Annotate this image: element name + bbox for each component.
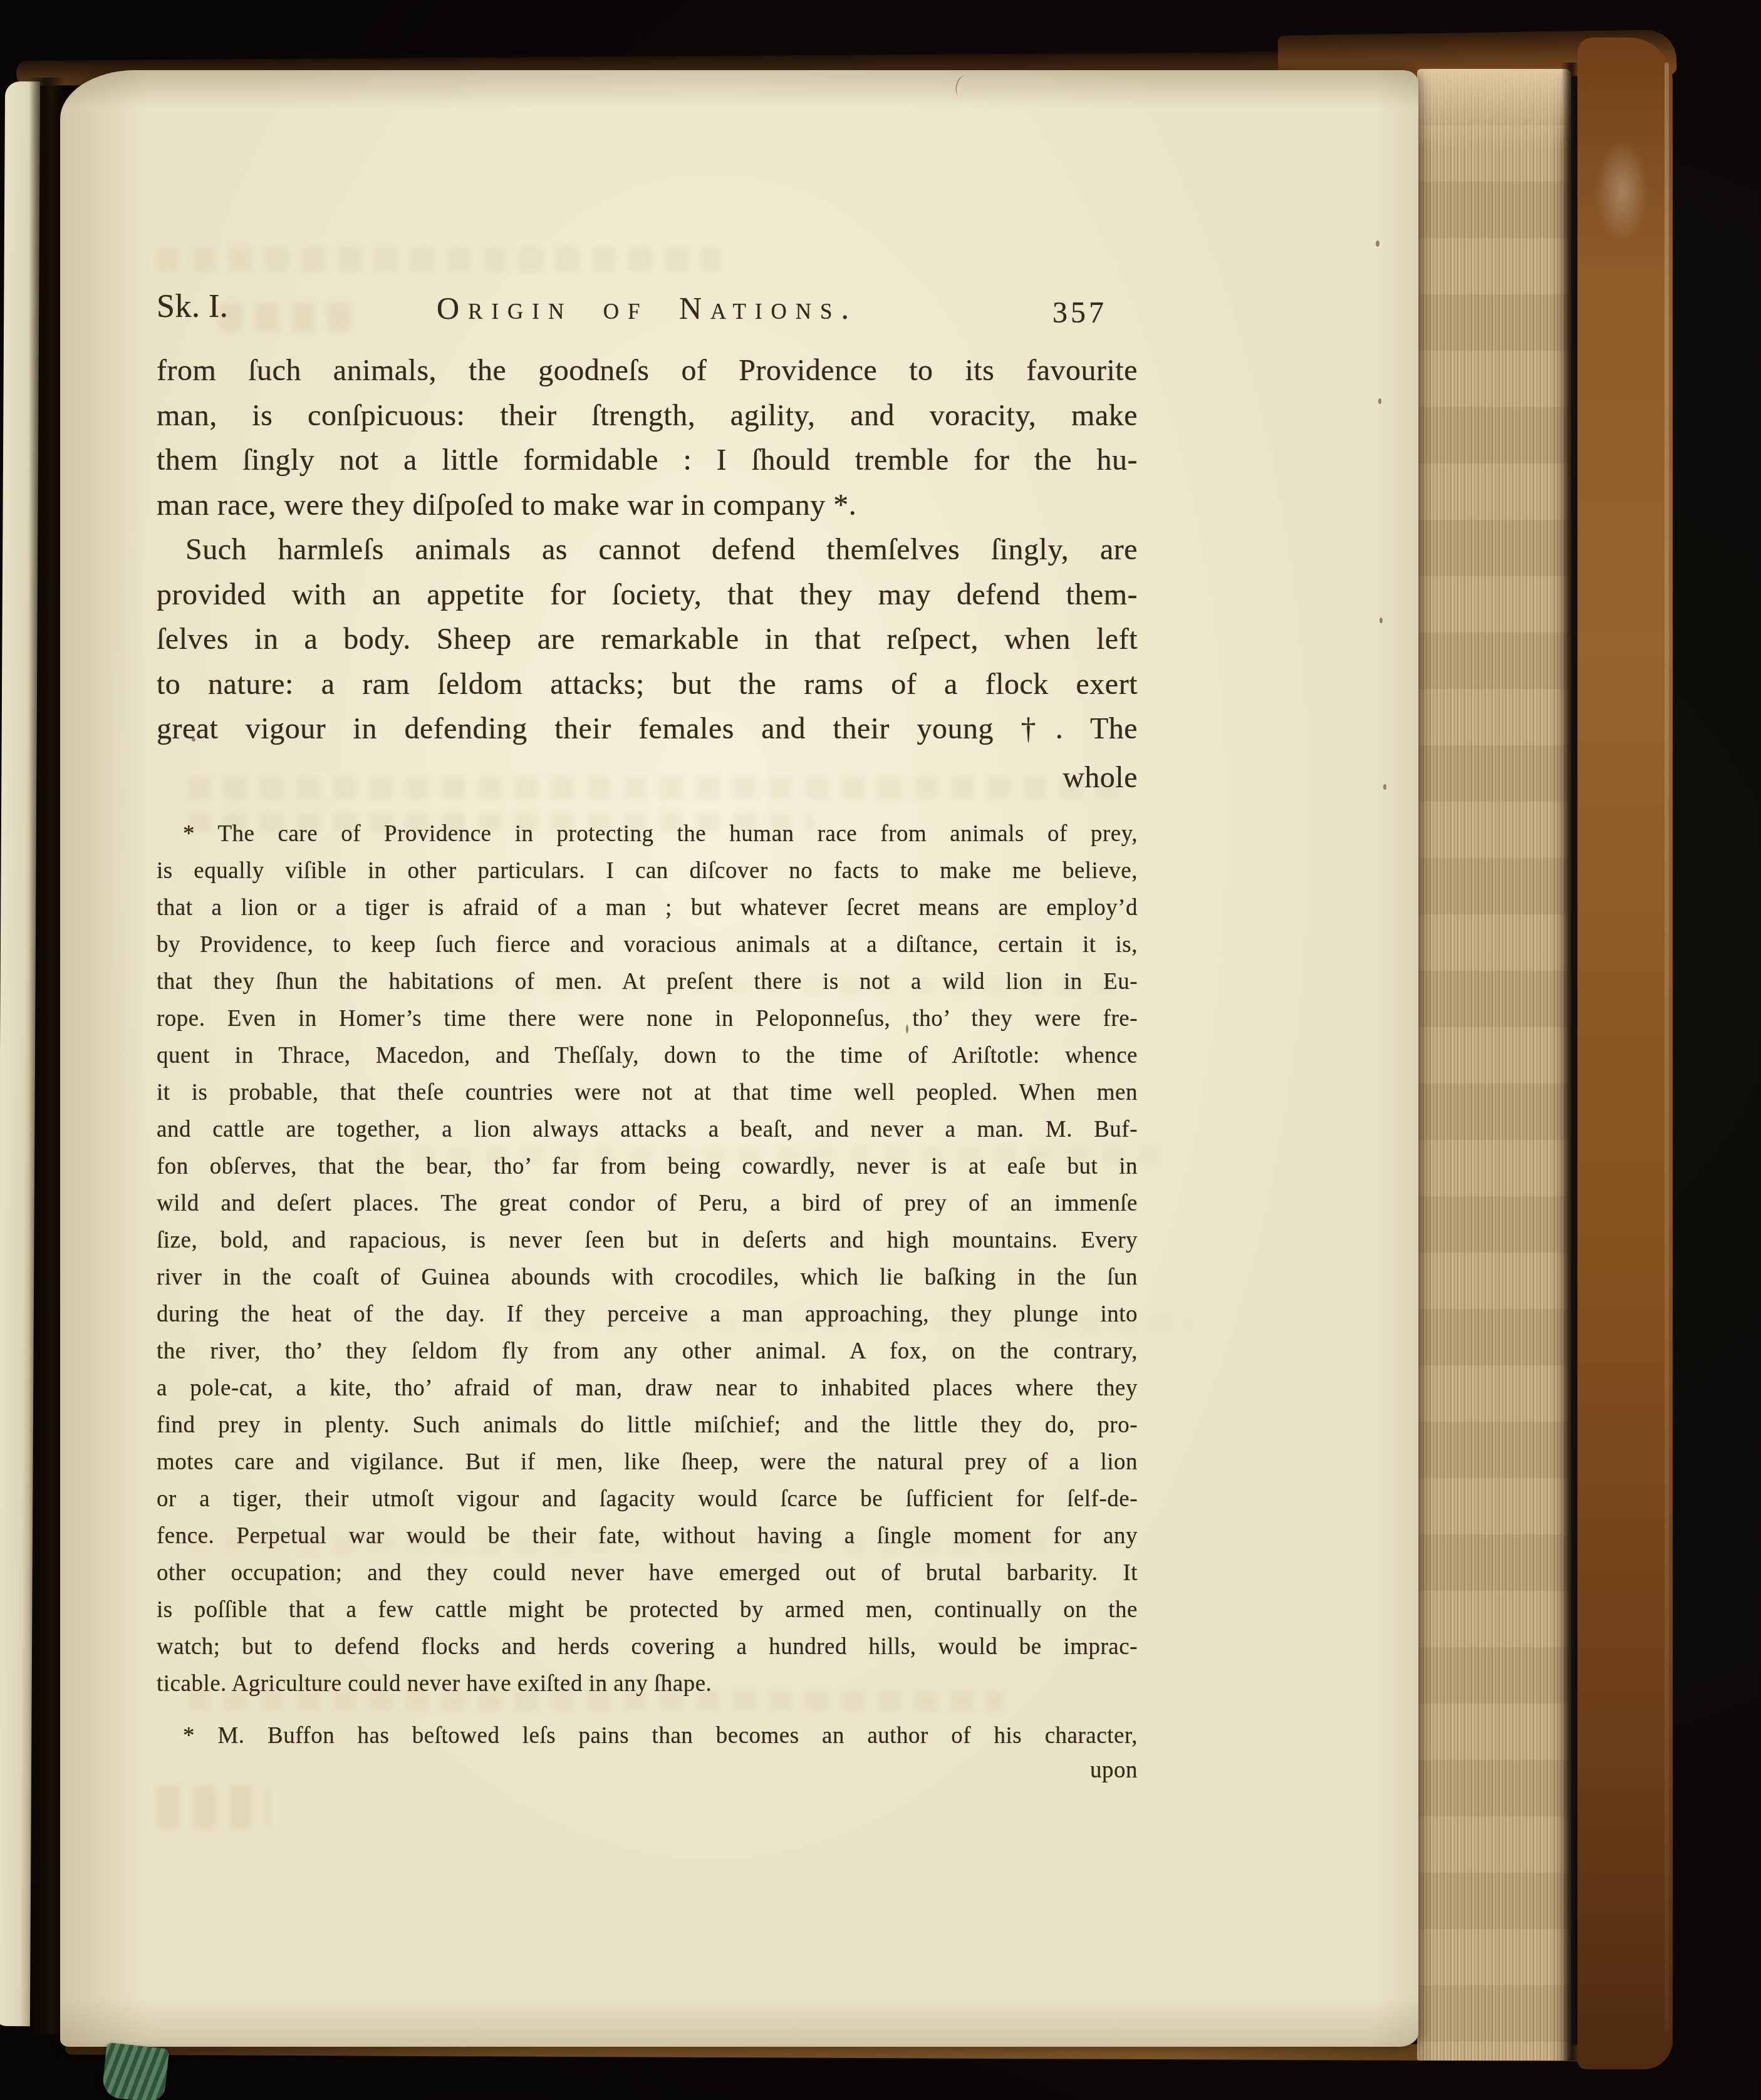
text-line: the river, tho’ they ſeldom fly from any… bbox=[157, 1333, 1138, 1370]
text-line: motes care and vigilance. But if men, li… bbox=[157, 1444, 1138, 1481]
text-line: them ſingly not a little formidable : I … bbox=[157, 438, 1138, 483]
catchword: whole bbox=[157, 759, 1141, 797]
running-title: Origin of Nations. bbox=[157, 289, 1138, 327]
text-line: find prey in plenty. Such animals do lit… bbox=[157, 1407, 1138, 1444]
text-line: quent in Thrace, Macedon, and Theſſaly, … bbox=[157, 1037, 1138, 1074]
text-line: from ſuch animals, the goodneſs of Provi… bbox=[157, 348, 1138, 393]
text-line: by Providence, to keep ſuch fierce and v… bbox=[157, 926, 1138, 963]
ink-speck bbox=[1378, 398, 1381, 404]
text-line: man race, were they diſpoſed to make war… bbox=[157, 483, 1138, 528]
body-paragraph-2: Such harmleſs animals as cannot defend t… bbox=[157, 527, 1138, 752]
text-line: during the heat of the day. If they perc… bbox=[157, 1296, 1138, 1333]
text-line: Such harmleſs animals as cannot defend t… bbox=[157, 527, 1138, 572]
text-line: to nature: a ram ſeldom attacks; but the… bbox=[157, 662, 1138, 707]
page-number: 357 bbox=[1052, 294, 1107, 332]
text-line: watch; but to defend flocks and herds co… bbox=[157, 1628, 1138, 1665]
text-line: wild and deſert places. The great condor… bbox=[157, 1185, 1138, 1222]
paper-fiber bbox=[953, 73, 972, 98]
page-block-fore-edge bbox=[1417, 69, 1571, 2061]
ink-speck bbox=[1376, 241, 1379, 247]
text-line: provided with an appetite for ſociety, t… bbox=[157, 572, 1138, 618]
text-line: ſelves in a body. Sheep are remarkable i… bbox=[157, 617, 1138, 662]
book-photo: Sk. I. Origin of Nations. 357 from ſuch … bbox=[0, 0, 1761, 2100]
text-line: a pole-cat, a kite, tho’ afraid of man, … bbox=[157, 1370, 1138, 1407]
text-line: that a lion or a tiger is afraid of a ma… bbox=[157, 889, 1138, 926]
bookmark-tassel bbox=[101, 2042, 170, 2100]
text-line: great vigour in defending their females … bbox=[157, 706, 1138, 752]
leather-cover-edge bbox=[1577, 38, 1673, 2069]
text-line: is equally viſible in other particulars.… bbox=[157, 852, 1138, 889]
text-line: ticable. Agriculture could never have ex… bbox=[157, 1665, 1138, 1702]
text-line: that they ſhun the habitations of men. A… bbox=[157, 963, 1138, 1000]
text-line: * The care of Providence in protecting t… bbox=[157, 815, 1138, 852]
ink-speck bbox=[1383, 784, 1386, 790]
text-line: fon obſerves, that the bear, tho’ far fr… bbox=[157, 1148, 1138, 1185]
text-line: fence. Perpetual war would be their fate… bbox=[157, 1518, 1138, 1554]
book-page: Sk. I. Origin of Nations. 357 from ſuch … bbox=[60, 70, 1418, 2047]
footnote-1: * The care of Providence in protecting t… bbox=[157, 815, 1138, 1702]
show-through bbox=[157, 1785, 269, 1829]
show-through bbox=[157, 247, 720, 272]
text-line: and cattle are together, a lion always a… bbox=[157, 1111, 1138, 1148]
text-line: rope. Even in Homer’s time there were no… bbox=[157, 1000, 1138, 1037]
text-line: ſize, bold, and rapacious, is never ſeen… bbox=[157, 1222, 1138, 1259]
footnote-2: * M. Buffon has beſtowed leſs pains than… bbox=[157, 1717, 1138, 1754]
ink-speck bbox=[1379, 618, 1383, 623]
text-line: other occupation; and they could never h… bbox=[157, 1554, 1138, 1591]
text-line: river in the coaſt of Guinea abounds wit… bbox=[157, 1259, 1138, 1296]
body-paragraph-1: from ſuch animals, the goodneſs of Provi… bbox=[157, 348, 1138, 527]
page-header: Sk. I. Origin of Nations. bbox=[157, 288, 1138, 328]
catchword: upon bbox=[157, 1755, 1141, 1786]
text-line: is poſſible that a few cattle might be p… bbox=[157, 1591, 1138, 1628]
text-line: or a tiger, their utmoſt vigour and ſaga… bbox=[157, 1481, 1138, 1518]
text-line: man, is conſpicuous: their ſtrength, agi… bbox=[157, 393, 1138, 438]
text-line: it is probable, that theſe countries wer… bbox=[157, 1074, 1138, 1111]
